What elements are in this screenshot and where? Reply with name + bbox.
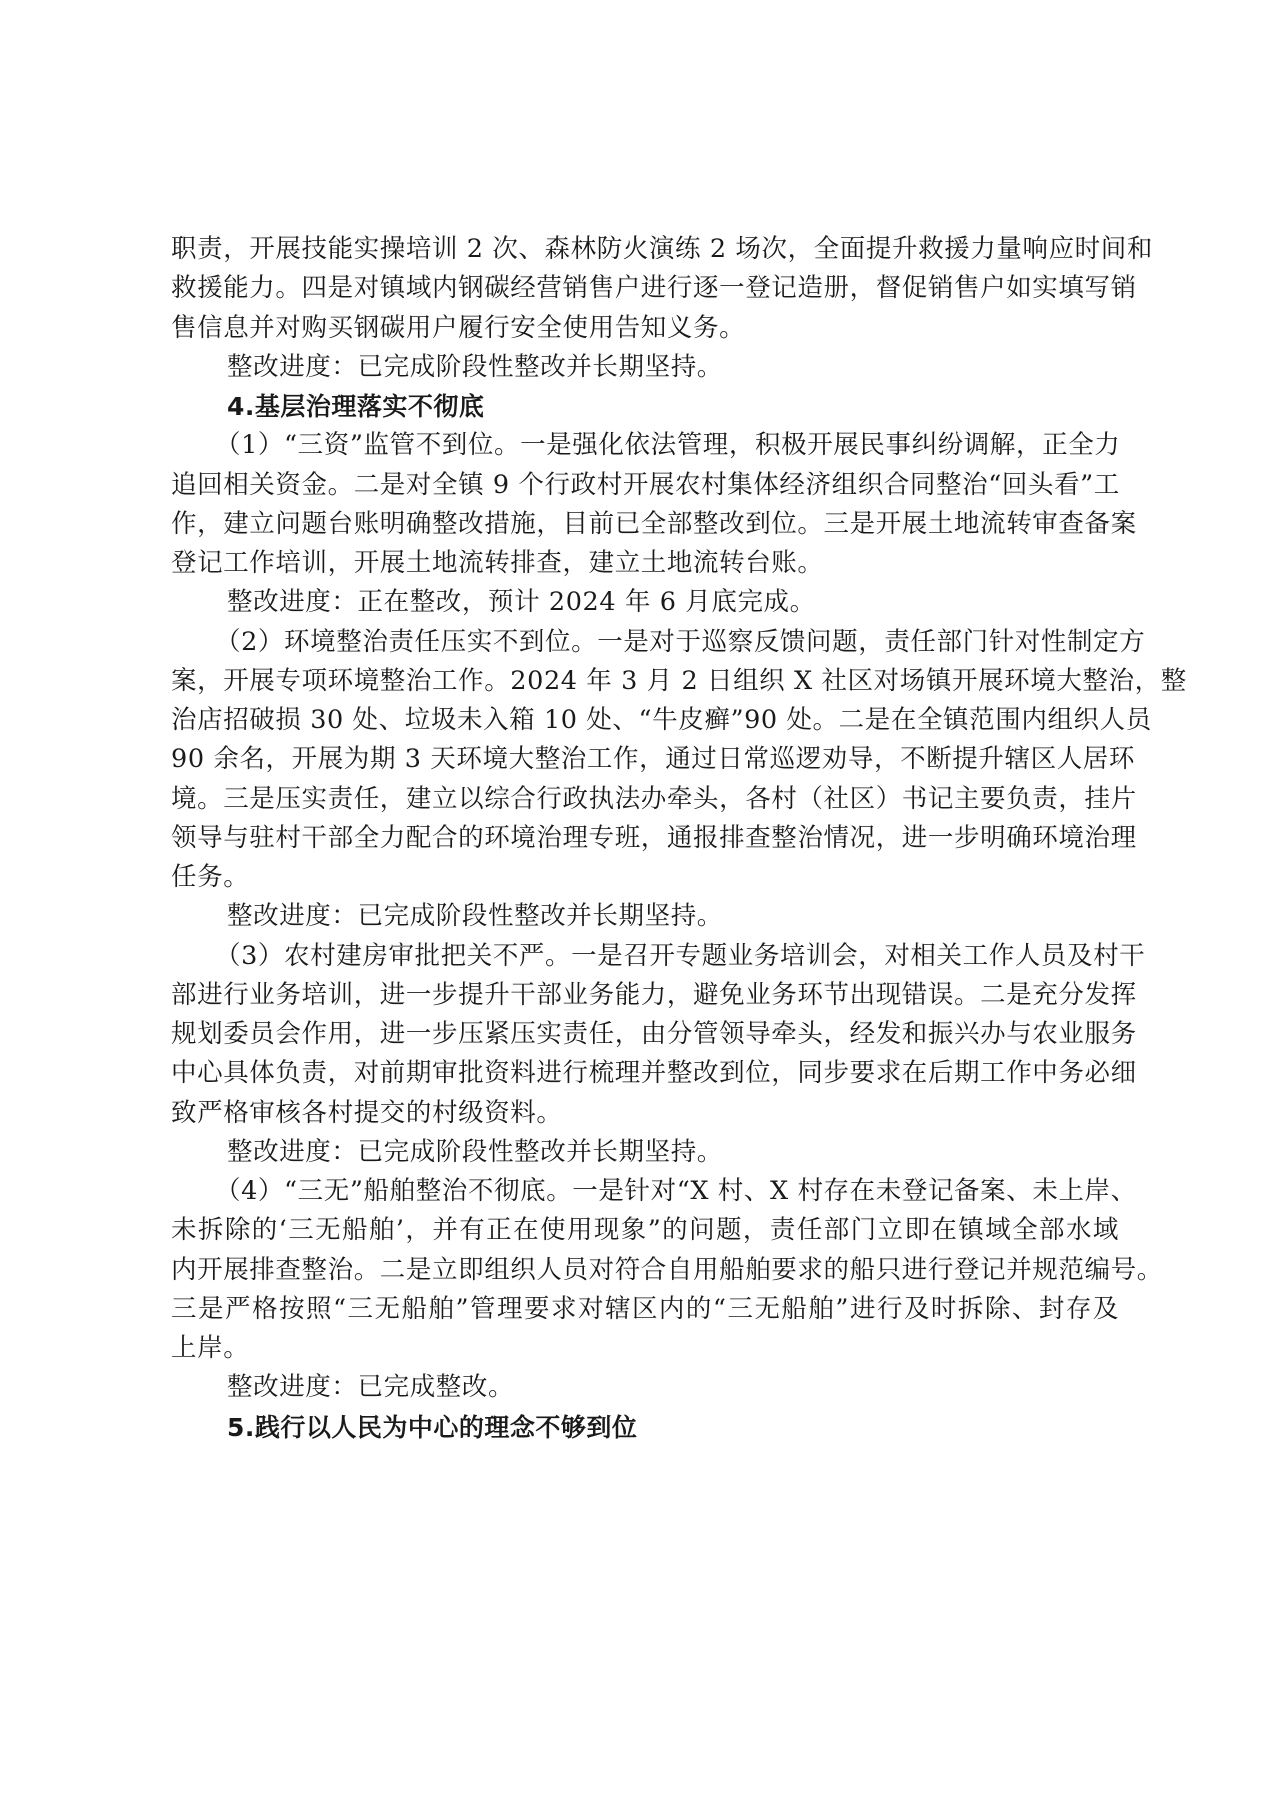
text-line: 作，建立问题台账明确整改措施，目前已全部整改到位。三是开展土地流转审查备案 xyxy=(171,505,1119,544)
text-line: （3）农村建房审批把关不严。一是召开专题业务培训会，对相关工作人员及村干 xyxy=(171,937,1119,976)
progress-status: 整改进度：已完成阶段性整改并长期坚持。 xyxy=(171,1133,1119,1172)
paragraph-item-1: （1）“三资”监管不到位。一是强化依法管理，积极开展民事纠纷调解，正全力 追回相… xyxy=(171,426,1119,583)
document-page: 职责，开展技能实操培训 2 次、森林防火演练 2 场次，全面提升救援力量响应时间… xyxy=(171,230,1119,1447)
progress-status: 整改进度：正在整改，预计 2024 年 6 月底完成。 xyxy=(171,583,1119,622)
text-line: 90 余名，开展为期 3 天环境大整治工作，通过日常巡逻劝导，不断提升辖区人居环 xyxy=(171,740,1119,779)
text-line: 上岸。 xyxy=(171,1329,1119,1368)
text-line: 部进行业务培训，进一步提升干部业务能力，避免业务环节出现错误。二是充分发挥 xyxy=(171,976,1119,1015)
text-line: 救援能力。四是对镇域内钢碳经营销售户进行逐一登记造册，督促销售户如实填写销 xyxy=(171,269,1119,308)
text-line: 致严格审核各村提交的村级资料。 xyxy=(171,1094,1119,1133)
section-heading-5: 5.践行以人民为中心的理念不够到位 xyxy=(171,1408,1119,1447)
text-line: 追回相关资金。二是对全镇 9 个行政村开展农村集体经济组织合同整治“回头看”工 xyxy=(171,466,1119,505)
paragraph-item-4: （4）“三无”船舶整治不彻底。一是针对“X 村、X 村存在未登记备案、未上岸、 … xyxy=(171,1172,1119,1368)
text-line: 领导与驻村干部全力配合的环境治理专班，通报排查整治情况，进一步明确环境治理 xyxy=(171,819,1119,858)
text-line: 境。三是压实责任，建立以综合行政执法办牵头，各村（社区）书记主要负责，挂片 xyxy=(171,780,1119,819)
text-line: 治店招破损 30 处、垃圾未入箱 10 处、“牛皮癣”90 处。二是在全镇范围内… xyxy=(171,701,1119,740)
progress-status: 整改进度：已完成整改。 xyxy=(171,1368,1119,1407)
text-line: 登记工作培训，开展土地流转排查，建立土地流转台账。 xyxy=(171,544,1119,583)
text-line: （2）环境整治责任压实不到位。一是对于巡察反馈问题，责任部门针对性制定方 xyxy=(171,623,1119,662)
text-line: 规划委员会作用，进一步压紧压实责任，由分管领导牵头，经发和振兴办与农业服务 xyxy=(171,1015,1119,1054)
text-line: 未拆除的‘三无船舶’，并有正在使用现象”的问题，责任部门立即在镇域全部水域 xyxy=(171,1211,1119,1250)
text-line: （4）“三无”船舶整治不彻底。一是针对“X 村、X 村存在未登记备案、未上岸、 xyxy=(171,1172,1119,1211)
progress-status: 整改进度：已完成阶段性整改并长期坚持。 xyxy=(171,897,1119,936)
paragraph-item-3: （3）农村建房审批把关不严。一是召开专题业务培训会，对相关工作人员及村干 部进行… xyxy=(171,937,1119,1133)
text-line: 任务。 xyxy=(171,858,1119,897)
text-line: 案，开展专项环境整治工作。2024 年 3 月 2 日组织 X 社区对场镇开展环… xyxy=(171,662,1119,701)
progress-status: 整改进度：已完成阶段性整改并长期坚持。 xyxy=(171,348,1119,387)
text-line: 中心具体负责，对前期审批资料进行梳理并整改到位，同步要求在后期工作中务必细 xyxy=(171,1054,1119,1093)
text-line: 售信息并对购买钢碳用户履行安全使用告知义务。 xyxy=(171,309,1119,348)
text-line: 职责，开展技能实操培训 2 次、森林防火演练 2 场次，全面提升救援力量响应时间… xyxy=(171,230,1119,269)
paragraph-item-2: （2）环境整治责任压实不到位。一是对于巡察反馈问题，责任部门针对性制定方 案，开… xyxy=(171,623,1119,898)
text-line: 三是严格按照“三无船舶”管理要求对辖区内的“三无船舶”进行及时拆除、封存及 xyxy=(171,1290,1119,1329)
section-heading-4: 4.基层治理落实不彻底 xyxy=(171,387,1119,426)
paragraph-continuation: 职责，开展技能实操培训 2 次、森林防火演练 2 场次，全面提升救援力量响应时间… xyxy=(171,230,1119,348)
text-line: （1）“三资”监管不到位。一是强化依法管理，积极开展民事纠纷调解，正全力 xyxy=(171,426,1119,465)
text-line: 内开展排查整治。二是立即组织人员对符合自用船舶要求的船只进行登记并规范编号。 xyxy=(171,1251,1119,1290)
